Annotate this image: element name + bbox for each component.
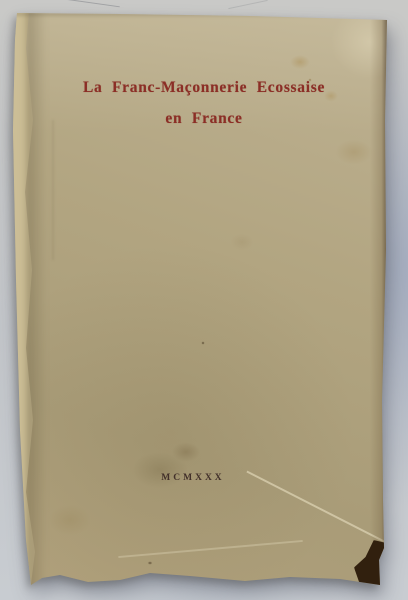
- title-line-2: en France: [30, 110, 378, 128]
- title-line-1: La Franc-Maçonnerie Ecossaise: [30, 79, 378, 97]
- crease-line: [52, 120, 54, 260]
- book-cover: La Franc-Maçonnerie Ecossaise en France …: [0, 0, 408, 600]
- photo-backdrop: La Franc-Maçonnerie Ecossaise en France …: [0, 0, 408, 600]
- book: La Franc-Maçonnerie Ecossaise en France …: [0, 0, 408, 600]
- book-title: La Franc-Maçonnerie Ecossaise en France: [30, 79, 378, 128]
- year-roman: MCMXXX: [0, 472, 397, 484]
